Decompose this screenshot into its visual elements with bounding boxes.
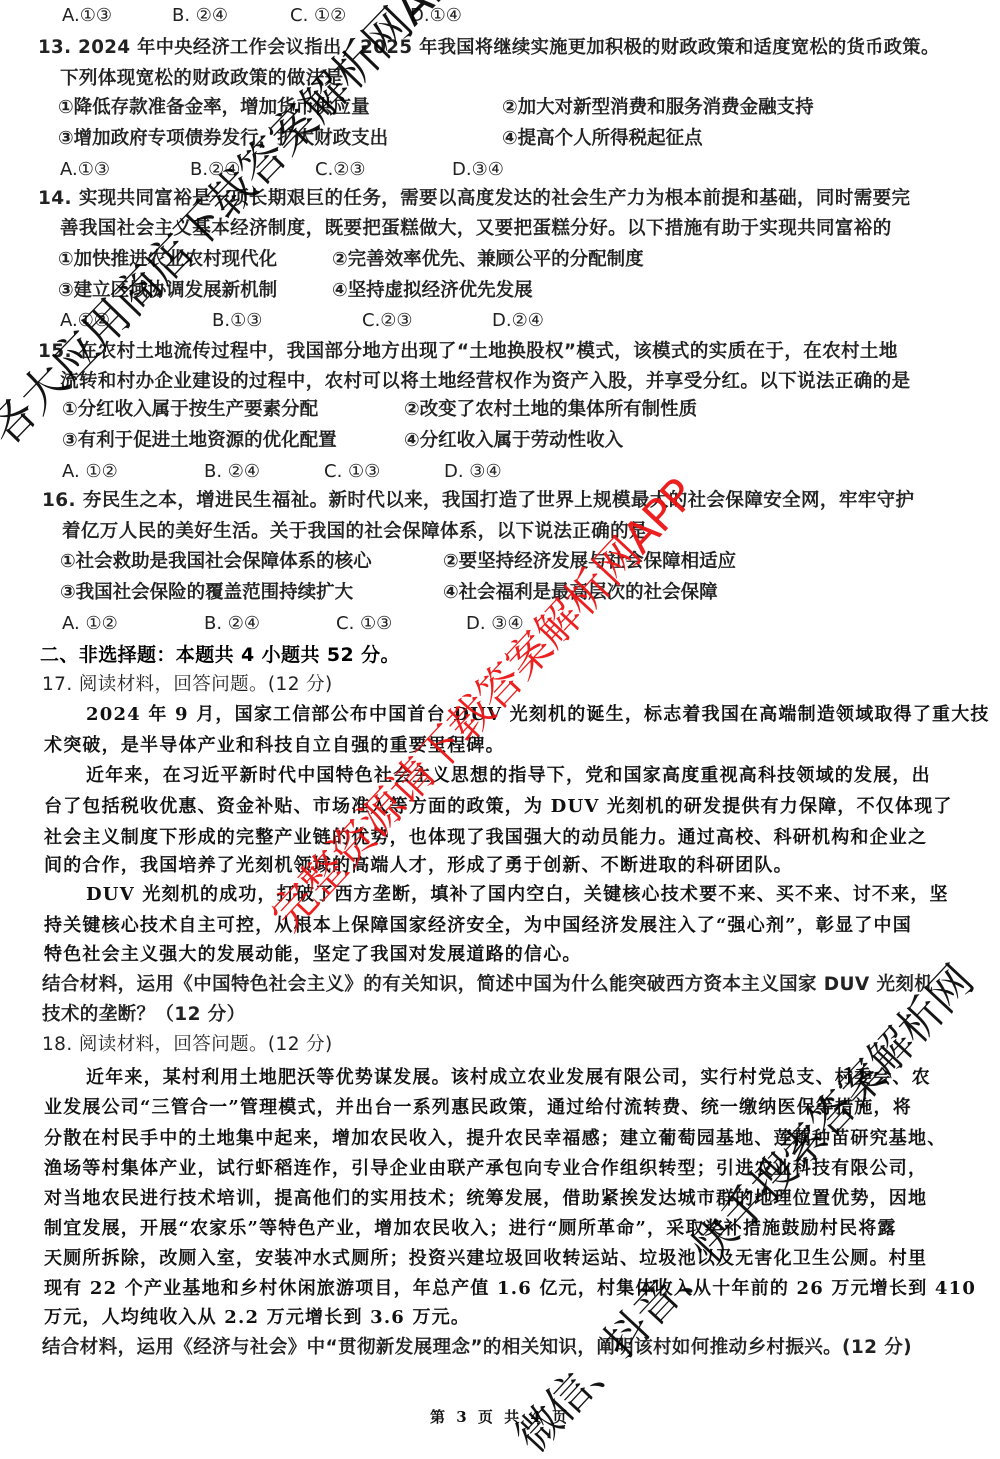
q17-header: 17. 阅读材料，回答问题。(12 分): [42, 673, 333, 697]
page-number: 第 3 页 共 4 页: [0, 1406, 1000, 1427]
q13-answer-d: D.③④: [452, 158, 504, 182]
q14-answer-c: C.②③: [362, 309, 413, 333]
q16-option-2: ②要坚持经济发展与社会保障相适应: [443, 550, 736, 574]
q17-para-3-line-2: 持关键核心技术自主可控，从根本上保障国家经济安全，为中国经济发展注入了“强心剂”…: [44, 914, 912, 938]
q18-para-line-1: 近年来，某村利用土地肥沃等优势谋发展。该村成立农业发展有限公司，实行村党总支、村…: [86, 1066, 931, 1090]
q17-para-3-line-3: 特色社会主义强大的发展动能，坚定了我国对发展道路的信心。: [44, 943, 582, 967]
q14-option-4: ④坚持虚拟经济优先发展: [332, 279, 533, 303]
q15-option-3: ③有利于促进土地资源的优化配置: [62, 429, 337, 453]
q15-answer-b: B. ②④: [204, 460, 260, 484]
q13-answer-a: A.①③: [60, 158, 110, 182]
q17-para-2-line-1: 近年来，在习近平新时代中国特色社会主义思想的指导下，党和国家高度重视高科技领域的…: [86, 764, 931, 788]
q17-para-1-line-2: 术突破，是半导体产业和科技自立自强的重要里程碑。: [44, 734, 505, 758]
q13-option-1: ①降低存款准备金率，增加货币供应量: [58, 96, 370, 120]
q15-answer-d: D. ③④: [444, 460, 502, 484]
q18-para-line-2: 业发展公司“三管合一”管理模式，并出台一系列惠民政策，通过给付流转费、统一缴纳医…: [44, 1096, 912, 1120]
q18-question: 结合材料，运用《经济与社会》中“贯彻新发展理念”的相关知识，阐明该村如何推动乡村…: [42, 1336, 912, 1360]
q16-option-4: ④社会福利是最高层次的社会保障: [443, 581, 718, 605]
q15-stem-line-1: 15. 在农村土地流传过程中，我国部分地方出现了“土地换股权”模式，该模式的实质…: [38, 340, 898, 364]
q14-stem-line-1: 14. 实现共同富裕是一项长期艰巨的任务，需要以高度发达的社会生产力为根本前提和…: [38, 187, 910, 211]
q14-answer-b: B.①③: [212, 309, 262, 333]
q15-option-4: ④分红收入属于劳动性收入: [404, 429, 623, 453]
q17-para-3-line-1: DUV 光刻机的成功，打破了西方垄断，填补了国内空白，关键核心技术要不来、买不来…: [86, 883, 949, 907]
q18-header: 18. 阅读材料，回答问题。(12 分): [42, 1033, 333, 1057]
q17-para-2-line-2: 台了包括税收优惠、资金补贴、市场准入等方面的政策，为 DUV 光刻机的研发提供有…: [44, 795, 953, 819]
q14-option-1: ①加快推进农业农村现代化: [58, 248, 277, 272]
q18-para-line-8: 现有 22 个产业基地和乡村休闲旅游项目，年总产值 1.6 亿元，村集体收入从十…: [44, 1277, 976, 1301]
q15-option-1: ①分红收入属于按生产要素分配: [62, 398, 318, 422]
q16-answer-c: C. ①③: [336, 612, 392, 636]
q14-option-3: ③建立区域协调发展新机制: [58, 279, 277, 303]
q16-option-3: ③我国社会保险的覆盖范围持续扩大: [60, 581, 353, 605]
q12-answer-c: C. ①②: [290, 4, 346, 28]
q13-answer-b: B.②④: [190, 158, 240, 182]
q17-para-1-line-1: 2024 年 9 月，国家工信部公布中国首台 DUV 光刻机的诞生，标志着我国在…: [86, 703, 990, 727]
q17-question-line-2: 技术的垄断？（12 分）: [42, 1003, 246, 1027]
q18-para-line-5: 对当地农民进行技术培训，提高他们的实用技术；统筹发展，借助紧挨发达城市群的地理位…: [44, 1187, 927, 1211]
q12-answer-b: B. ②④: [172, 4, 228, 28]
q15-stem-line-2: 流转和村办企业建设的过程中，农村可以将土地经营权作为资产入股，并享受分红。以下说…: [60, 370, 911, 394]
section-2-heading: 二、非选择题：本题共 4 小题共 52 分。: [40, 643, 400, 667]
q12-answer-d: D.①④: [410, 4, 462, 28]
q13-answer-c: C.②③: [315, 158, 366, 182]
q16-answer-b: B. ②④: [204, 612, 260, 636]
q14-answer-a: A.①②: [60, 309, 110, 333]
q16-answer-a: A. ①②: [62, 612, 118, 636]
q18-para-line-6: 制宜发展，开展“农家乐”等特色产业，增加农民收入；进行“厕所革命”，采取奖补措施…: [44, 1217, 897, 1241]
q13-option-4: ④提高个人所得税起征点: [502, 127, 703, 151]
q18-para-line-9: 万元，人均纯收入从 2.2 万元增长到 3.6 万元。: [44, 1306, 470, 1330]
q12-answer-a: A.①③: [62, 4, 112, 28]
q17-para-2-line-4: 间的合作，我国培养了光刻机领域的高端人才，形成了勇于创新、不断进取的科研团队。: [44, 854, 793, 878]
q14-answer-d: D.②④: [492, 309, 544, 333]
q16-option-1: ①社会救助是我国社会保障体系的核心: [60, 550, 372, 574]
q14-option-2: ②完善效率优先、兼顾公平的分配制度: [332, 248, 644, 272]
q13-option-2: ②加大对新型消费和服务消费金融支持: [502, 96, 814, 120]
q13-stem-line-2: 下列体现宽松的财政政策的做法是: [60, 67, 344, 91]
q16-answer-d: D. ③④: [466, 612, 524, 636]
q18-para-line-4: 渔场等村集体产业，试行虾稻连作，引导企业由联产承包向专业合作组织转型；引进农业科…: [44, 1157, 927, 1181]
q18-para-line-7: 天厕所拆除，改厕入室，安装冲水式厕所；投资兴建垃圾回收转运站、垃圾池以及无害化卫…: [44, 1247, 927, 1271]
q17-question-line-1: 结合材料，运用《中国特色社会主义》的有关知识，简述中国为什么能突破西方资本主义国…: [42, 973, 933, 997]
q17-para-2-line-3: 社会主义制度下形成的完整产业链的优势，也体现了我国强大的动员能力。通过高校、科研…: [44, 826, 927, 850]
q15-option-2: ②改变了农村土地的集体所有制性质: [404, 398, 697, 422]
q16-stem-line-1: 16. 夯民生之本，增进民生福祉。新时代以来，我国打造了世界上规模最大的社会保障…: [42, 489, 914, 513]
q15-answer-a: A. ①②: [62, 460, 118, 484]
q13-stem-line-1: 13. 2024 年中央经济工作会议指出，2025 年我国将继续实施更加积极的财…: [38, 36, 940, 60]
q16-stem-line-2: 着亿万人民的美好生活。关于我国的社会保障体系，以下说法正确的是: [62, 520, 648, 544]
q14-stem-line-2: 善我国社会主义基本经济制度，既要把蛋糕做大，又要把蛋糕分好。以下措施有助于实现共…: [60, 217, 892, 241]
q15-answer-c: C. ①③: [324, 460, 380, 484]
exam-page: A.①③ B. ②④ C. ①② D.①④ 13. 2024 年中央经济工作会议…: [0, 0, 1000, 1459]
q18-para-line-3: 分散在村民手中的土地集中起来，增加农民收入，提升农民幸福感；建立葡萄园基地、莲藕…: [44, 1127, 946, 1151]
q13-option-3: ③增加政府专项债券发行，扩大财政支出: [58, 127, 388, 151]
